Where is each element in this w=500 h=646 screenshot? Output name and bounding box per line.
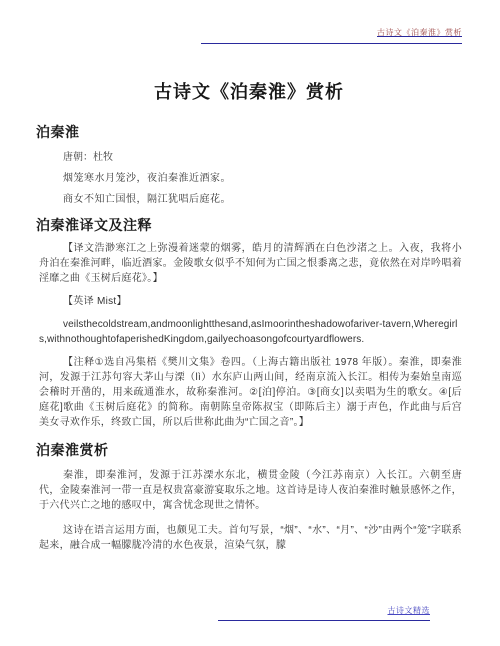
appreciation-paragraph: 秦淮，即秦淮河，发源于江苏溧水东北，横贯金陵（今江苏南京）入长江。六朝至唐代，金… [39,468,462,513]
english-translation-label: 【英译 Mist】 [39,294,462,309]
page-footer: 古诗文精选 [218,600,430,621]
english-translation-text: veilsthecoldstream,andmoonlightthesand,a… [39,317,462,347]
section-heading-poem: 泊秦淮 [36,122,462,142]
footer-link[interactable]: 古诗文精选 [388,606,431,615]
header-title: 古诗文《泊秦淮》赏析 [377,28,462,37]
notes-text: 【注释①选自冯集梧《樊川文集》卷四。（上海古籍出版社 1978 年版）。秦淮，即… [39,355,462,430]
page-title: 古诗文《泊秦淮》赏析 [36,80,462,104]
poem-line: 商女不知亡国恨，隔江犹唱后庭花。 [63,192,462,207]
translation-text: 【译文浩渺寒江之上弥漫着迷蒙的烟雾，皓月的清辉洒在白色沙渚之上。入夜，我将小舟泊… [39,241,462,286]
document-content: 古诗文《泊秦淮》赏析 泊秦淮 唐朝：杜牧 烟笼寒水月笼沙，夜泊秦淮近酒家。 商女… [0,0,500,553]
appreciation-paragraph: 这诗在语言运用方面，也颇见工夫。首句写景，“烟”、“水”、“月”、“沙”由两个“… [39,523,462,553]
page-header: 古诗文《泊秦淮》赏析 [201,22,462,44]
document-page: 古诗文《泊秦淮》赏析 古诗文《泊秦淮》赏析 泊秦淮 唐朝：杜牧 烟笼寒水月笼沙，… [0,0,500,646]
section-heading-translation: 泊秦淮译文及注释 [36,215,462,235]
poem-author: 唐朝：杜牧 [63,150,462,165]
poem-line: 烟笼寒水月笼沙，夜泊秦淮近酒家。 [63,171,462,186]
section-heading-appreciation: 泊秦淮赏析 [36,440,462,460]
